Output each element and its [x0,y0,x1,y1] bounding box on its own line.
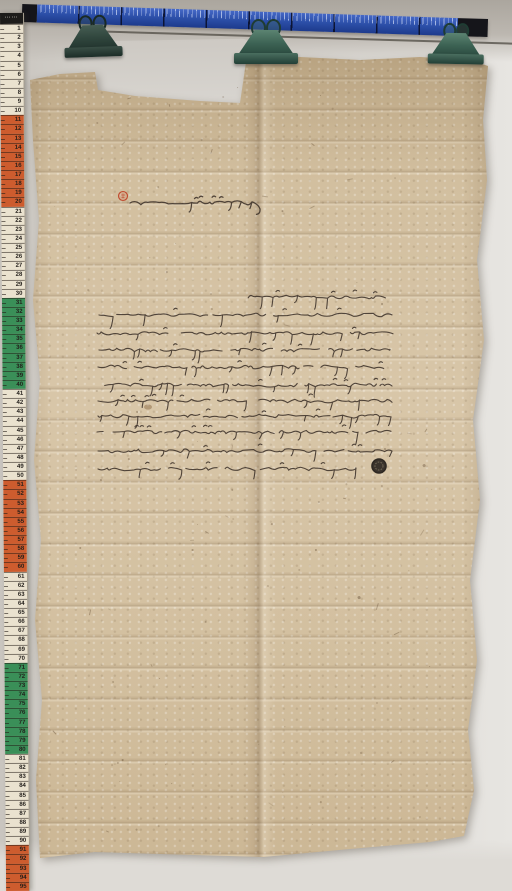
tape-unit-54: 54 [3,507,26,516]
tape-unit-45: 45 [3,425,26,434]
tape-half-tick [3,485,7,486]
tape-unit-27: 27 [2,261,25,270]
tape-unit-16: 16 [1,161,24,170]
tape-unit-76: 76 [5,708,28,717]
tape-unit-41: 41 [3,389,26,398]
tape-unit-56: 56 [4,526,27,535]
photo-of-tibetan-manuscript: ⋯⋯ 1234567891011121314151617181920212223… [0,0,512,891]
tape-half-tick [2,339,6,340]
tape-unit-92: 92 [6,854,29,863]
tape-unit-4: 4 [0,51,23,60]
tape-half-tick [1,166,5,167]
tape-half-tick [4,549,8,550]
tape-half-tick [4,640,8,641]
tape-half-tick [2,358,6,359]
tape-unit-72: 72 [5,672,28,681]
tape-unit-53: 53 [3,498,26,507]
tape-half-tick [6,823,10,824]
tape-half-tick [4,522,8,523]
tape-half-tick [6,832,10,833]
clip-jaw-bar [428,53,484,64]
tape-half-tick [2,294,6,295]
tape-half-tick [3,421,7,422]
tape-half-tick [4,604,8,605]
tape-unit-91: 91 [6,845,29,854]
tape-unit-59: 59 [4,553,27,562]
tape-unit-10: 10 [1,106,24,115]
tape-unit-22: 22 [1,215,24,224]
tape-half-tick [5,677,9,678]
tape-half-tick [1,193,5,194]
clip-gable [432,32,481,55]
tape-half-tick [6,805,10,806]
tape-unit-46: 46 [3,434,26,443]
tape-half-tick [0,38,4,39]
tape-half-tick [2,285,6,286]
tape-half-tick [1,212,5,213]
tape-unit-79: 79 [5,736,28,745]
tape-half-tick [3,431,7,432]
tape-half-tick [4,567,8,568]
tape-unit-62: 62 [4,580,27,589]
tape-half-tick [5,741,9,742]
tape-unit-13: 13 [1,133,24,142]
tape-unit-40: 40 [3,380,26,389]
tape-half-tick [0,84,4,85]
tape-unit-1: 1 [0,24,23,33]
tape-half-tick [1,93,5,94]
tape-half-tick [4,540,8,541]
tape-unit-15: 15 [1,152,24,161]
tape-half-tick [3,476,7,477]
tape-unit-32: 32 [2,307,25,316]
tape-half-tick [5,759,9,760]
tape-unit-47: 47 [3,444,26,453]
tape-half-tick [0,29,4,30]
tape-half-tick [5,659,9,660]
tape-unit-28: 28 [2,270,25,279]
tape-unit-35: 35 [2,334,25,343]
tape-half-tick [2,266,6,267]
tape-unit-31: 31 [2,298,25,307]
tape-unit-36: 36 [2,343,25,352]
tape-unit-6: 6 [0,69,23,78]
tape-unit-39: 39 [2,371,25,380]
tape-unit-69: 69 [4,644,27,653]
tape-half-tick [4,622,8,623]
clip-left [63,14,122,58]
tape-unit-34: 34 [2,325,25,334]
tape-unit-58: 58 [4,544,27,553]
tape-unit-61: 61 [4,571,27,580]
tape-half-tick [1,202,5,203]
tape-half-tick [5,713,9,714]
tape-unit-77: 77 [5,717,28,726]
tape-unit-23: 23 [1,225,24,234]
tape-half-tick [0,75,4,76]
tape-unit-25: 25 [2,243,25,252]
tape-unit-83: 83 [5,772,28,781]
tape-unit-30: 30 [2,288,25,297]
tape-half-tick [1,139,5,140]
tape-half-tick [1,157,5,158]
tape-unit-64: 64 [4,599,27,608]
tape-half-tick [5,786,9,787]
tape-half-tick [4,631,8,632]
tape-unit-88: 88 [6,818,29,827]
tape-unit-57: 57 [4,535,27,544]
tape-unit-78: 78 [5,726,28,735]
tape-half-tick [2,312,6,313]
tape-unit-21: 21 [1,206,24,215]
tape-unit-67: 67 [4,626,27,635]
tape-half-tick [5,695,9,696]
tape-half-tick [3,412,7,413]
tape-half-tick [1,129,5,130]
tape-half-tick [3,376,7,377]
tape-half-tick [1,102,5,103]
manuscript-paper-wrap [28,52,490,862]
tape-unit-93: 93 [6,863,29,872]
tape-half-tick [5,704,9,705]
tape-unit-95: 95 [6,882,29,891]
tape-half-tick [5,668,9,669]
tape-unit-9: 9 [1,97,24,106]
tape-half-tick [2,367,6,368]
tape-unit-3: 3 [0,42,23,51]
tape-unit-11: 11 [1,115,24,124]
tape-half-tick [5,777,9,778]
tape-half-tick [4,558,8,559]
tape-unit-29: 29 [2,279,25,288]
tape-unit-55: 55 [4,517,27,526]
tape-unit-7: 7 [0,79,23,88]
tape-half-tick [6,850,10,851]
tape-unit-82: 82 [5,763,28,772]
tape-half-tick [4,531,8,532]
tape-half-tick [4,613,8,614]
tape-unit-94: 94 [6,872,29,881]
tape-half-tick [4,595,8,596]
clip-right [428,23,485,65]
tape-unit-87: 87 [6,809,29,818]
tape-half-tick [1,111,5,112]
tape-half-tick [0,47,4,48]
tape-unit-70: 70 [4,653,27,662]
tape-half-tick [5,796,9,797]
tape-unit-12: 12 [1,124,24,133]
tape-unit-90: 90 [6,836,29,845]
tape-half-tick [3,385,7,386]
manuscript-paper [28,52,490,862]
tape-half-tick [3,403,7,404]
tape-unit-20: 20 [1,197,24,206]
tape-unit-71: 71 [5,663,28,672]
tape-half-tick [3,513,7,514]
tape-half-tick [3,494,7,495]
tape-unit-24: 24 [2,234,25,243]
tape-unit-18: 18 [1,179,24,188]
tape-unit-86: 86 [5,799,28,808]
tape-unit-17: 17 [1,170,24,179]
tape-half-tick [0,56,4,57]
clip-jaw-bar [234,53,298,64]
tape-half-tick [4,650,8,651]
tape-header-cell: ⋯⋯ [0,13,23,24]
tape-unit-80: 80 [5,745,28,754]
tape-half-tick [3,394,7,395]
tape-half-tick [6,814,10,815]
tape-unit-89: 89 [6,827,29,836]
clip-middle [234,19,298,64]
tape-half-tick [1,148,5,149]
tape-unit-66: 66 [4,617,27,626]
tape-half-tick [3,458,7,459]
tape-half-tick [5,768,9,769]
tape-half-tick [6,859,10,860]
tape-unit-49: 49 [3,462,26,471]
tape-half-tick [2,248,6,249]
tape-half-tick [0,66,4,67]
tape-half-tick [2,348,6,349]
tape-unit-60: 60 [4,562,27,571]
clip-gable [68,24,119,48]
tape-unit-43: 43 [3,407,26,416]
tape-unit-44: 44 [3,416,26,425]
tape-half-tick [6,878,10,879]
tape-half-tick [2,330,6,331]
tape-half-tick [3,440,7,441]
tape-unit-48: 48 [3,453,26,462]
tape-half-tick [6,841,10,842]
tape-unit-19: 19 [1,188,24,197]
tape-half-tick [3,467,7,468]
clip-jaw-bar [64,45,122,58]
tape-half-tick [3,504,7,505]
tape-half-tick [4,577,8,578]
tape-unit-52: 52 [3,489,26,498]
tape-unit-5: 5 [0,60,23,69]
tape-unit-73: 73 [5,681,28,690]
tape-half-tick [2,303,6,304]
tape-half-tick [5,686,9,687]
tape-unit-63: 63 [4,590,27,599]
tape-half-tick [5,732,9,733]
tape-half-tick [5,750,9,751]
tape-unit-85: 85 [5,790,28,799]
tape-half-tick [4,586,8,587]
tape-unit-74: 74 [5,690,28,699]
tape-unit-42: 42 [3,398,26,407]
tape-unit-84: 84 [5,781,28,790]
tape-half-tick [6,869,10,870]
tape-half-tick [5,723,9,724]
tape-unit-51: 51 [3,480,26,489]
tape-half-tick [1,120,5,121]
tape-half-tick [1,175,5,176]
tape-unit-81: 81 [5,754,28,763]
left-measuring-tape: ⋯⋯ 1234567891011121314151617181920212223… [0,13,30,891]
tape-half-tick [2,257,6,258]
tape-unit-26: 26 [2,252,25,261]
tape-half-tick [6,887,10,888]
tape-unit-14: 14 [1,142,24,151]
tape-unit-2: 2 [0,33,23,42]
tape-half-tick [1,184,5,185]
tape-unit-68: 68 [4,635,27,644]
tape-half-tick [2,275,6,276]
tape-half-tick [3,449,7,450]
tape-unit-65: 65 [4,608,27,617]
clip-gable [238,30,293,54]
tape-unit-33: 33 [2,316,25,325]
tape-half-tick [1,221,5,222]
tape-unit-75: 75 [5,699,28,708]
tape-unit-50: 50 [3,471,26,480]
tape-unit-8: 8 [1,88,24,97]
tape-unit-38: 38 [2,361,25,370]
tape-half-tick [2,239,6,240]
tape-half-tick [2,230,6,231]
tape-half-tick [2,321,6,322]
tape-unit-37: 37 [2,352,25,361]
